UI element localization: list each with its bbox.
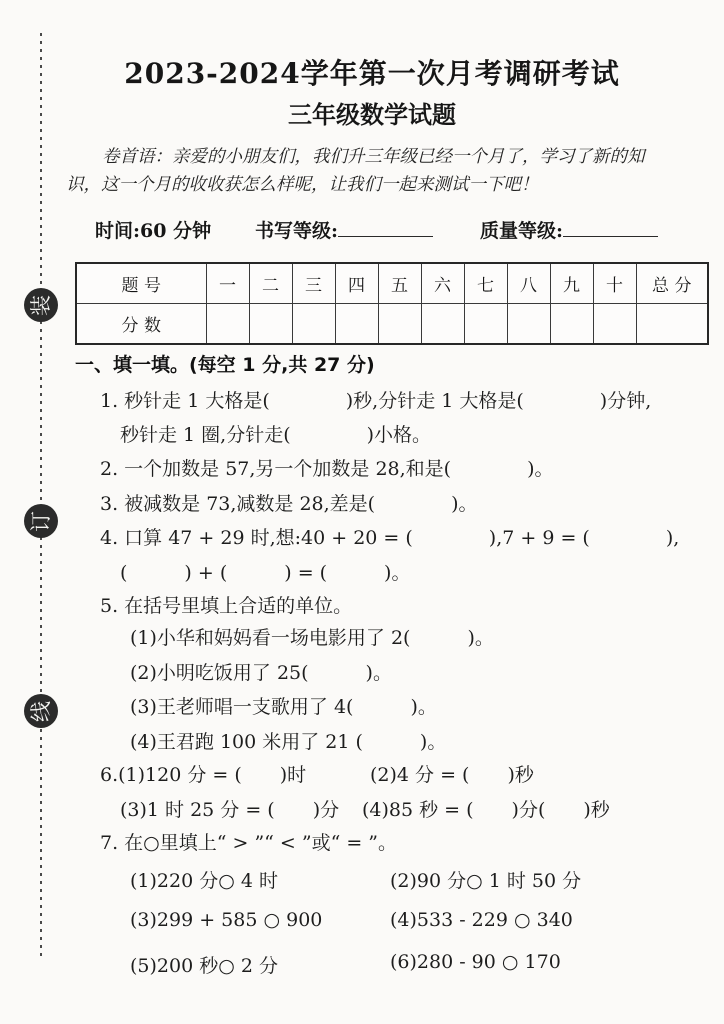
question-5-item-3: (3)王老师唱一支歌用了 4( )。 <box>130 692 437 719</box>
score-table-score-row: 分 数 <box>76 304 708 345</box>
question-4-line-2: ( ) + ( ) = ( )。 <box>120 558 410 585</box>
score-cell <box>292 304 335 345</box>
question-5-item-1: (1)小华和妈妈看一场电影用了 2( )。 <box>130 623 494 650</box>
score-table-header-cell: 七 <box>464 263 507 304</box>
score-cell <box>507 304 550 345</box>
score-table-header-cell: 九 <box>550 263 593 304</box>
exam-paper-page: 装 订 线 2023-2024学年第一次月考调研考试 三年级数学试题 卷首语：亲… <box>0 0 724 1024</box>
score-cell <box>206 304 249 345</box>
score-table-header-cell: 八 <box>507 263 550 304</box>
question-7-item-4: (4)533 - 229 ○ 340 <box>390 909 573 931</box>
score-cell <box>249 304 292 345</box>
question-6-line-1: 6.(1)120 分 = ( )时(2)4 分 = ( )秒 <box>100 760 715 787</box>
score-table-header-cell: 一 <box>206 263 249 304</box>
score-cell <box>421 304 464 345</box>
quality-grade-label: 质量等级: <box>480 220 563 242</box>
time-label: 时间:60 分钟 <box>95 216 211 243</box>
question-7: 7. 在○里填上“ > ”“ < ”或“ = ”。 <box>100 828 397 855</box>
question-7-row-2: (3)299 + 585 ○ 900(4)533 - 229 ○ 340 <box>130 909 715 931</box>
question-2: 2. 一个加数是 57,另一个加数是 28,和是( )。 <box>100 454 554 481</box>
score-cell <box>378 304 421 345</box>
question-1-line-1: 1. 秒针走 1 大格是( )秒,分针走 1 大格是( )分钟, <box>100 386 651 413</box>
binding-marker-zhuang: 装 <box>24 288 58 322</box>
binding-marker-xian: 线 <box>24 694 58 728</box>
question-7-item-5: (5)200 秒○ 2 分 <box>130 955 278 977</box>
score-table: 题 号 一 二 三 四 五 六 七 八 九 十 总 分 分 数 <box>75 262 709 345</box>
exam-info-row: 时间:60 分钟 书写等级: 质量等级: <box>95 216 695 242</box>
question-5: 5. 在括号里填上合适的单位。 <box>100 591 352 618</box>
score-cell <box>335 304 378 345</box>
question-6-line-2: (3)1 时 25 分 = ( )分(4)85 秒 = ( )分( )秒 <box>120 795 715 822</box>
binding-marker-ding: 订 <box>24 504 58 538</box>
writing-grade-blank <box>338 218 433 237</box>
question-6-item-3: (3)1 时 25 分 = ( )分 <box>120 799 339 821</box>
exam-preface: 卷首语：亲爱的小朋友们，我们升三年级已经一个月了，学习了新的知识，这一个月的收收… <box>66 143 672 199</box>
score-table-header-row: 题 号 一 二 三 四 五 六 七 八 九 十 总 分 <box>76 263 708 304</box>
score-cell <box>593 304 636 345</box>
quality-grade-blank <box>563 218 658 237</box>
exam-title: 2023-2024学年第一次月考调研考试 <box>62 52 682 92</box>
score-cell <box>636 304 708 345</box>
section-1-heading: 一、填一填。(每空 1 分,共 27 分) <box>75 350 375 377</box>
exam-subtitle: 三年级数学试题 <box>62 95 682 130</box>
binding-dotted-line <box>40 33 42 961</box>
score-table-header-cell: 四 <box>335 263 378 304</box>
score-table-header-cell: 六 <box>421 263 464 304</box>
question-1-line-2: 秒针走 1 圈,分针走( )小格。 <box>120 420 431 447</box>
score-table-header-cell: 十 <box>593 263 636 304</box>
question-6-item-1: 6.(1)120 分 = ( )时 <box>100 764 306 786</box>
question-7-item-2: (2)90 分○ 1 时 50 分 <box>390 866 581 893</box>
question-3: 3. 被减数是 73,减数是 28,差是( )。 <box>100 489 478 516</box>
score-cell <box>464 304 507 345</box>
score-row-label: 分 数 <box>76 304 206 345</box>
question-7-item-1: (1)220 分○ 4 时 <box>130 870 278 892</box>
score-cell <box>550 304 593 345</box>
question-7-row-1: (1)220 分○ 4 时(2)90 分○ 1 时 50 分 <box>130 866 715 893</box>
question-5-item-4: (4)王君跑 100 米用了 21 ( )。 <box>130 727 446 754</box>
score-table-header-cell: 总 分 <box>636 263 708 304</box>
question-6-item-2: (2)4 分 = ( )秒 <box>370 760 534 787</box>
writing-grade-label: 书写等级: <box>255 220 338 242</box>
question-5-item-2: (2)小明吃饭用了 25( )。 <box>130 658 392 685</box>
question-7-item-3: (3)299 + 585 ○ 900 <box>130 909 322 931</box>
question-7-row-3: (5)200 秒○ 2 分(6)280 - 90 ○ 170 <box>130 951 715 978</box>
question-4-line-1: 4. 口算 47 + 29 时,想:40 + 20 = ( ),7 + 9 = … <box>100 523 679 550</box>
question-6-item-4: (4)85 秒 = ( )分( )秒 <box>362 795 610 822</box>
score-table-header-cell: 题 号 <box>76 263 206 304</box>
score-table-header-cell: 二 <box>249 263 292 304</box>
score-table-header-cell: 五 <box>378 263 421 304</box>
score-table-header-cell: 三 <box>292 263 335 304</box>
question-7-item-6: (6)280 - 90 ○ 170 <box>390 951 561 973</box>
